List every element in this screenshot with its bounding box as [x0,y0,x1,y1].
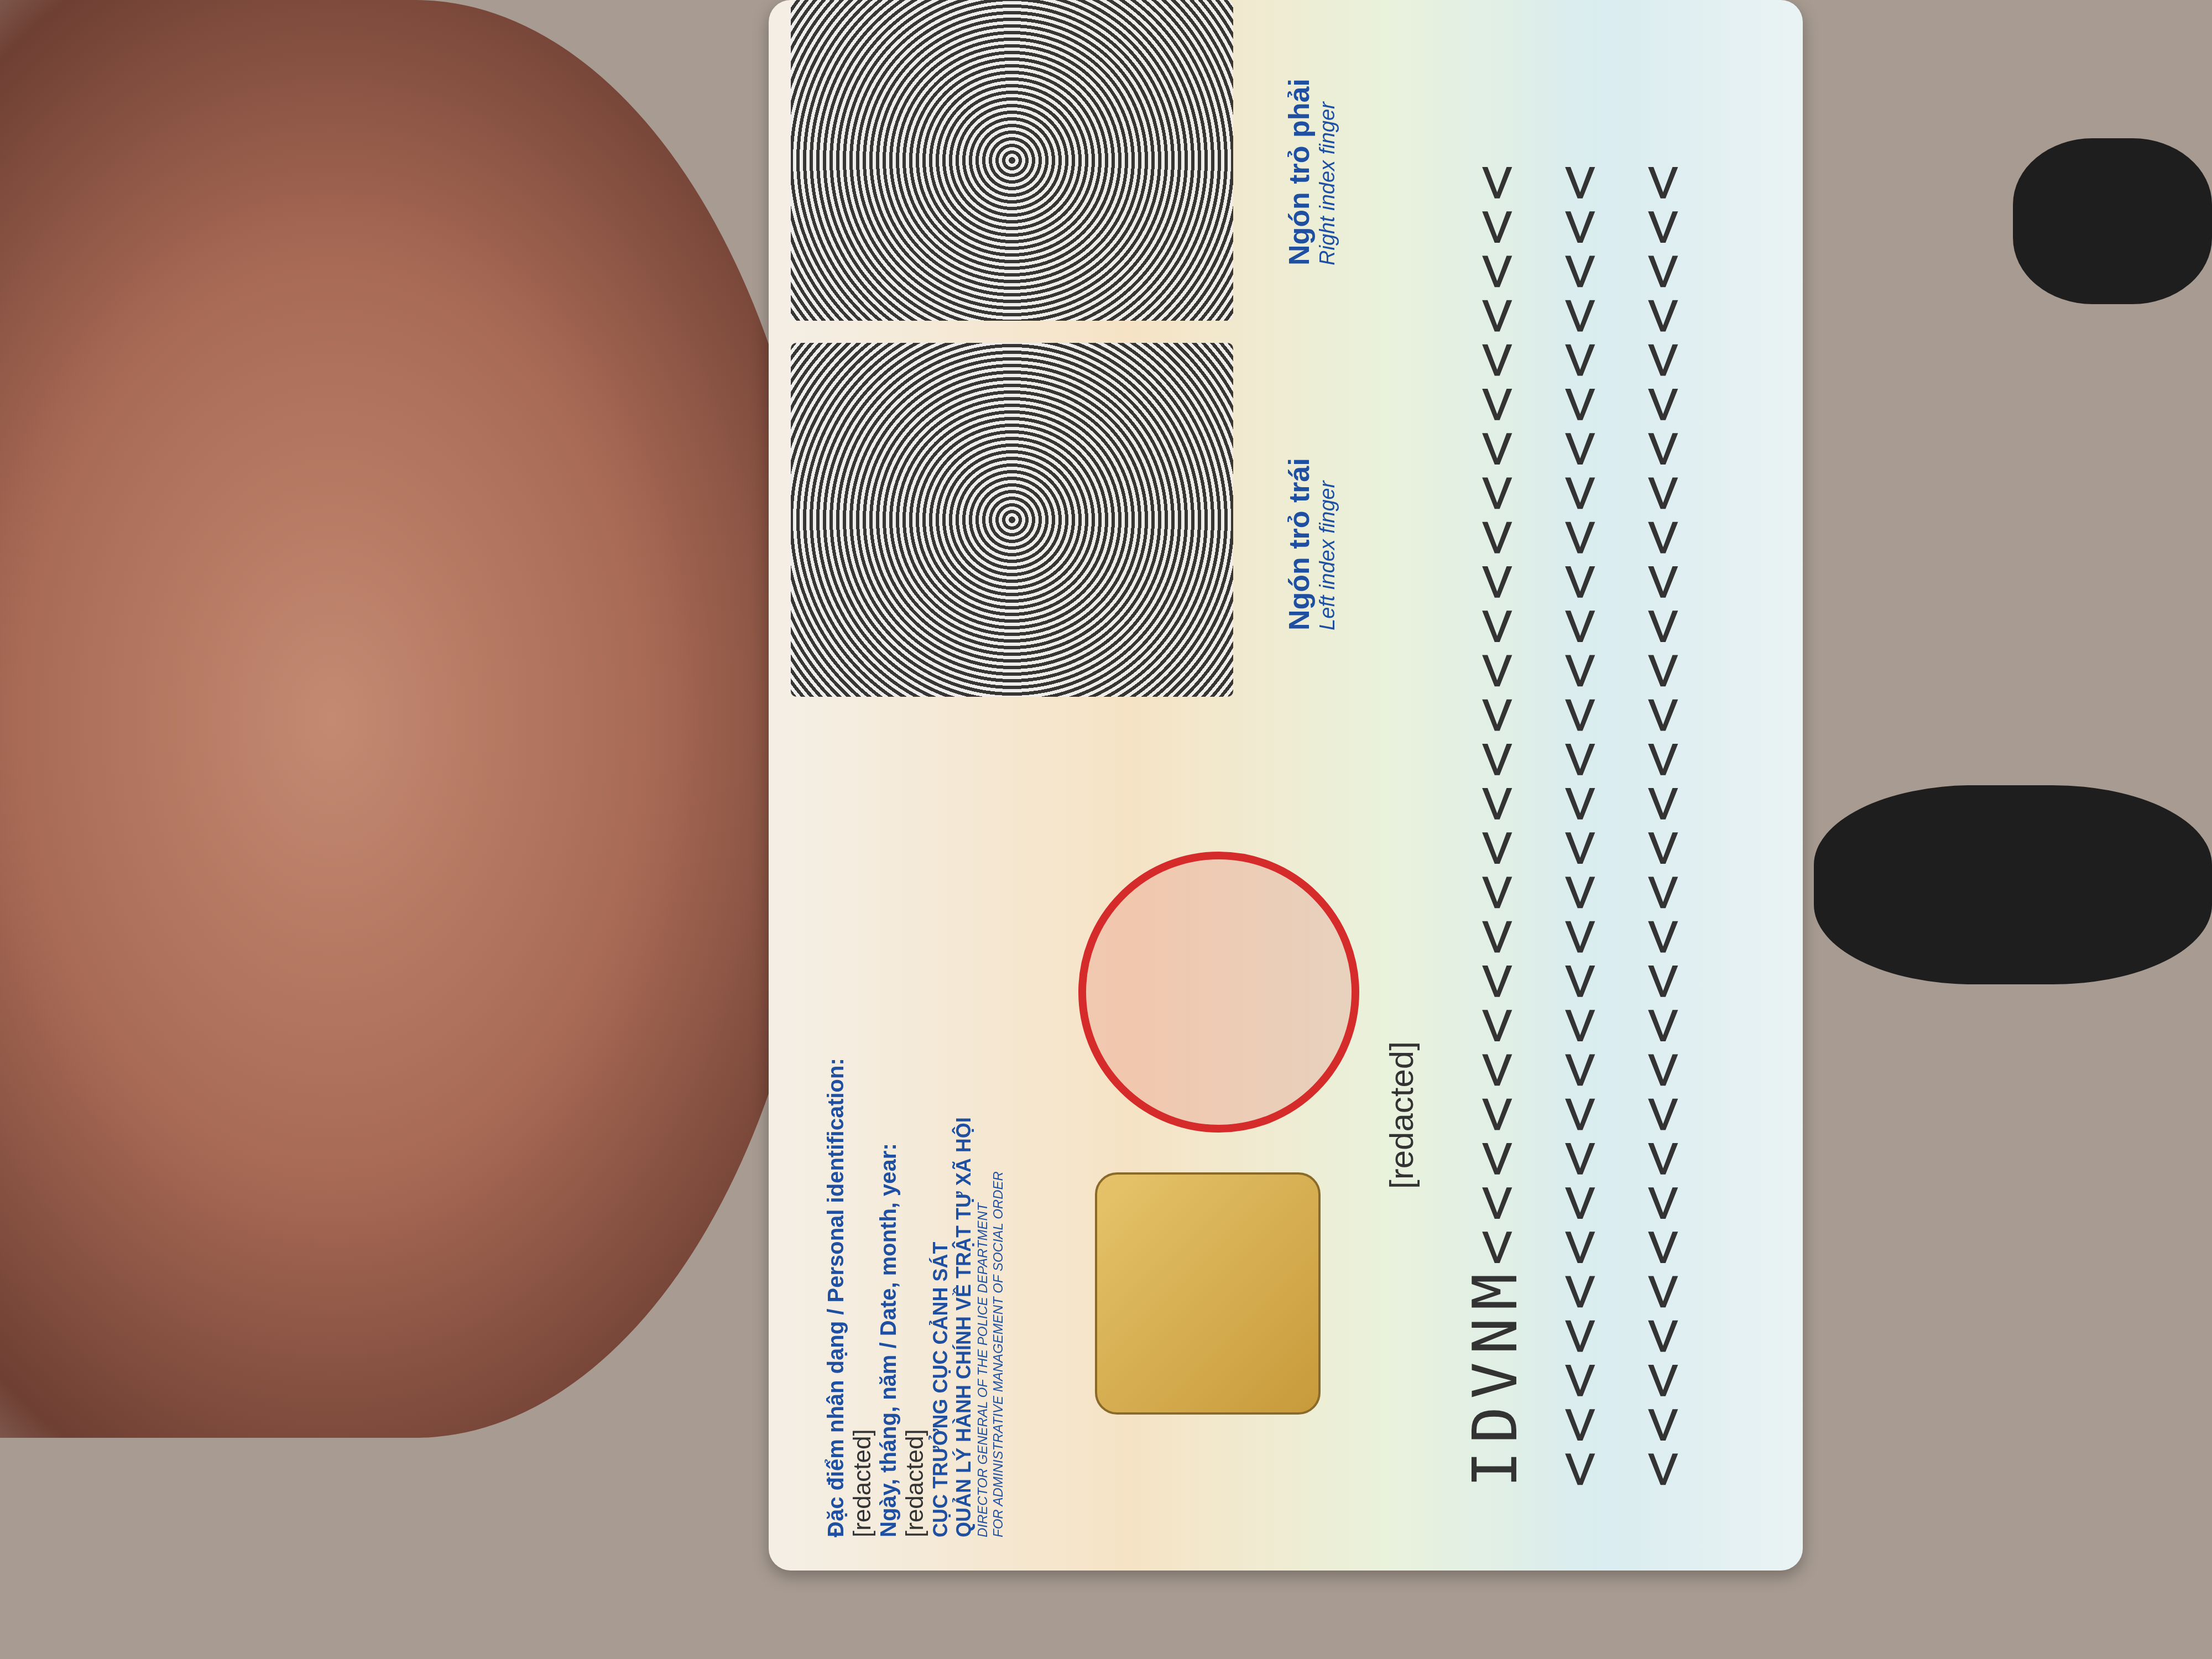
hand [0,0,830,1438]
identification-block: Đặc điểm nhân dạng / Personal identifica… [824,1058,1006,1537]
mrz-line-1: IDVNM<<<<<<<<<<<<<<<<<<<<<<<<< [1460,156,1531,1488]
mrz-line-3: <<<<<<<<<<<<<<<<<<<<<<<<<<<<<< [1626,156,1697,1488]
signatory-name: [redacted] [1383,1041,1421,1189]
shoe [1814,785,2212,984]
left-finger-label: Ngón trỏ trái Left index finger [1283,458,1340,630]
id-card-back: Ngón trỏ phải Right index finger Ngón tr… [769,0,1803,1571]
smart-chip [1095,1172,1321,1415]
mrz-line-2: <<<<<<<<<<<<<<<<<<<<<<<<<<<<<< [1543,156,1614,1488]
official-stamp [1078,852,1359,1133]
right-finger-label: Ngón trỏ phải Right index finger [1283,79,1340,265]
left-fingerprint [791,343,1233,697]
shoe [2013,138,2212,304]
right-fingerprint [791,0,1233,321]
